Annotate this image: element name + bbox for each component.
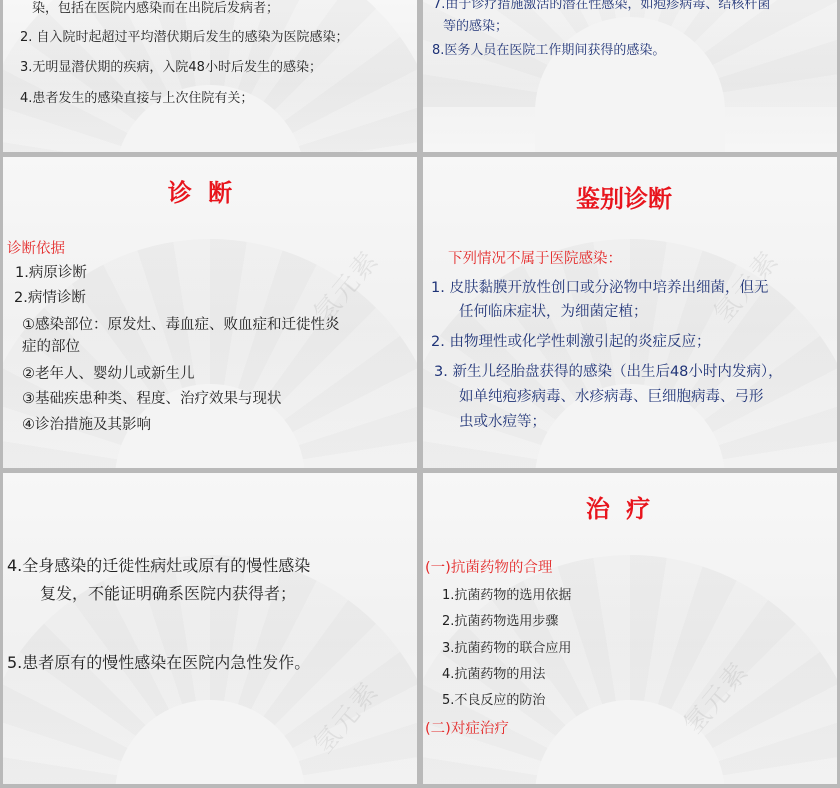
differential-item-1: 1. 皮肤黏膜开放性创口或分泌物中培养出细菌，但无	[431, 276, 768, 297]
watermark-text: 氢元素	[304, 672, 386, 760]
non-infection-item-5: 5.患者原有的慢性感染在医院内急性发作。	[7, 650, 310, 673]
treatment-item-5: 5.不良反应的防治	[442, 689, 545, 708]
diagnosis-subitem-1-cont: 症的部位	[22, 335, 80, 356]
fan-watermark	[423, 239, 837, 468]
criteria-line-4: 4.患者发生的感染直接与上次住院有关；	[20, 87, 253, 106]
criteria-line-2: 2. 自入院时起超过平均潜伏期后发生的感染为医院感染；	[20, 26, 349, 45]
slide-hospital-infection-criteria-cont[interactable]: 7.由于诊疗措施激活的潜在性感染，如疱疹病毒、结核杆菌 等的感染； 8.医务人员…	[423, 0, 837, 152]
diagnosis-title: 诊 断	[3, 173, 417, 208]
slide-differential-diagnosis[interactable]: 氢元素 鉴别诊断 下列情况不属于医院感染： 1. 皮肤黏膜开放性创口或分泌物中培…	[423, 157, 837, 468]
differential-heading: 下列情况不属于医院感染：	[448, 247, 622, 268]
criteria-line-7: 7.由于诊疗措施激活的潜在性感染，如疱疹病毒、结核杆菌	[433, 0, 770, 12]
differential-item-1-cont: 任何临床症状，为细菌定植；	[459, 300, 648, 321]
criteria-line-7-cont: 等的感染；	[443, 15, 508, 34]
differential-title: 鉴别诊断	[423, 179, 837, 214]
treatment-section-symptomatic: (二)对症治疗	[425, 717, 509, 738]
differential-item-3-cont: 如单纯疱疹病毒、水疹病毒、巨细胞病毒、弓形	[459, 385, 764, 406]
diagnosis-subitem-3: ③基础疾患种类、程度、治疗效果与现状	[22, 387, 282, 408]
treatment-item-3: 3.抗菌药物的联合应用	[442, 637, 571, 656]
slide-non-hospital-infection[interactable]: 氢元素 4.全身感染的迁徙性病灶或原有的慢性感染 复发，不能证明确系医院内获得者…	[3, 473, 417, 784]
diagnosis-subitem-4: ④诊治措施及其影响	[22, 413, 151, 434]
slide-diagnosis[interactable]: 氢元素 诊 断 诊断依据 1.病原诊断 2.病情诊断 ①感染部位：原发灶、毒血症…	[3, 157, 417, 468]
non-infection-item-4: 4.全身感染的迁徙性病灶或原有的慢性感染	[7, 553, 310, 576]
treatment-item-2: 2.抗菌药物选用步骤	[442, 610, 558, 629]
diagnosis-subitem-1: ①感染部位：原发灶、毒血症、败血症和迁徙性炎	[22, 313, 340, 334]
criteria-line-1-cont: 染，包括在医院内感染而在出院后发病者；	[32, 0, 279, 16]
treatment-title: 治 疗	[423, 489, 837, 524]
non-infection-item-4-cont: 复发，不能证明确系医院内获得者；	[40, 581, 296, 604]
differential-item-3: 3. 新生儿经胎盘获得的感染（出生后48小时内发病），	[434, 360, 783, 381]
criteria-line-3: 3.无明显潜伏期的疾病，入院48小时后发生的感染；	[20, 56, 322, 75]
diagnosis-item-1: 1.病原诊断	[15, 261, 87, 282]
fan-watermark	[3, 0, 417, 152]
treatment-item-4: 4.抗菌药物的用法	[442, 663, 545, 682]
diagnosis-subitem-2: ②老年人、婴幼儿或新生儿	[22, 362, 195, 383]
slide-treatment[interactable]: 氢元素 治 疗 (一)抗菌药物的合理 1.抗菌药物的选用依据 2.抗菌药物选用步…	[423, 473, 837, 784]
watermark-text: 氢元素	[674, 652, 756, 740]
diagnosis-basis-heading: 诊断依据	[7, 237, 65, 258]
differential-item-2: 2. 由物理性或化学性刺激引起的炎症反应；	[431, 330, 710, 351]
treatment-section-antibiotics: (一)抗菌药物的合理	[425, 556, 552, 577]
slide-hospital-infection-criteria[interactable]: 染，包括在医院内感染而在出院后发病者； 2. 自入院时起超过平均潜伏期后发生的感…	[3, 0, 417, 152]
diagnosis-item-2: 2.病情诊断	[14, 286, 86, 307]
slide-grid: 染，包括在医院内感染而在出院后发病者； 2. 自入院时起超过平均潜伏期后发生的感…	[0, 0, 840, 788]
criteria-line-8: 8.医务人员在医院工作期间获得的感染。	[432, 39, 665, 58]
differential-item-3-cont-2: 虫或水痘等；	[459, 410, 546, 431]
treatment-item-1: 1.抗菌药物的选用依据	[442, 584, 571, 603]
